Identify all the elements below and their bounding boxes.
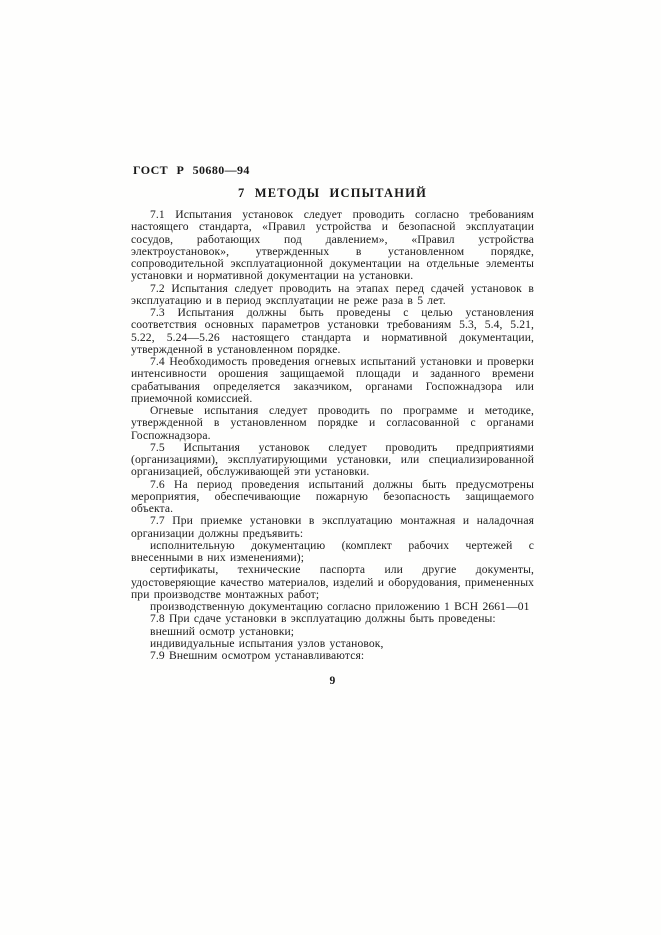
paragraph-7-6: 7.6 На период проведения испытаний должн…	[131, 479, 534, 516]
document-body: 7.1 Испытания установок следует проводит…	[131, 209, 534, 662]
paragraph-7-9: 7.9 Внешним осмотром устанавливаются:	[131, 650, 534, 662]
paragraph-7-5: 7.5 Испытания установок следует проводит…	[131, 442, 534, 479]
paragraph-7-3: 7.3 Испытания должны быть проведены с це…	[131, 307, 534, 356]
page-number: 9	[131, 674, 534, 687]
paragraph-7-7-item-1: исполнительную документацию (комплект ра…	[131, 540, 534, 565]
document-page: ГОСТ Р 50680—94 7 МЕТОДЫ ИСПЫТАНИЙ 7.1 И…	[0, 0, 661, 935]
section-title: 7 МЕТОДЫ ИСПЫТАНИЙ	[131, 187, 534, 200]
paragraph-7-1: 7.1 Испытания установок следует проводит…	[131, 209, 534, 283]
text-column: ГОСТ Р 50680—94 7 МЕТОДЫ ИСПЫТАНИЙ 7.1 И…	[131, 164, 534, 687]
paragraph-7-7-item-2: сертификаты, технические паспорта или др…	[131, 564, 534, 601]
paragraph-7-8: 7.8 При сдаче установки в эксплуатацию д…	[131, 613, 534, 625]
running-header: ГОСТ Р 50680—94	[133, 164, 534, 177]
paragraph-7-2: 7.2 Испытания следует проводить на этапа…	[131, 283, 534, 308]
paragraph-7-7: 7.7 При приемке установки в эксплуатацию…	[131, 515, 534, 540]
paragraph-7-4: 7.4 Необходимость проведения огневых исп…	[131, 356, 534, 405]
paragraph-7-4-continued: Огневые испытания следует проводить по п…	[131, 405, 534, 442]
paragraph-7-8-item-1: внешний осмотр установки;	[131, 626, 534, 638]
